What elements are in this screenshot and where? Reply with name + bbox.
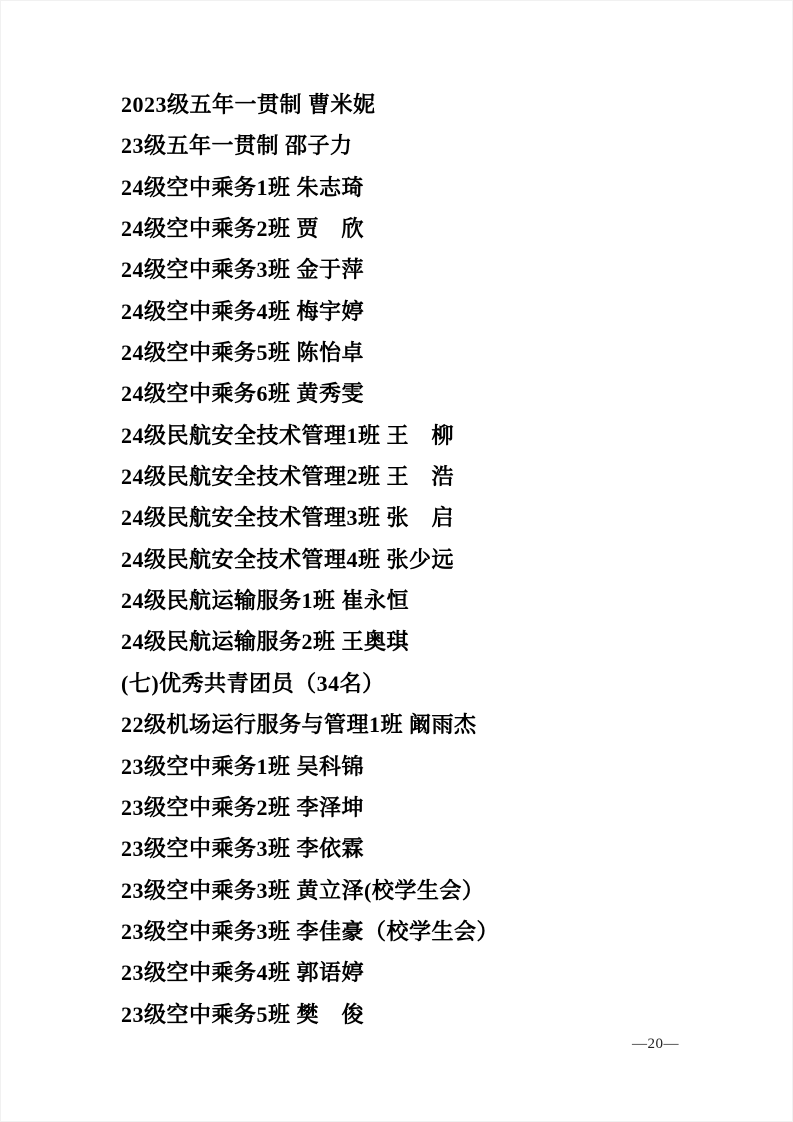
document-line: 24级民航运输服务1班 崔永恒 <box>121 580 753 621</box>
document-line: 24级民航运输服务2班 王奥琪 <box>121 621 753 662</box>
document-line: 23级空中乘务3班 李佳豪（校学生会） <box>121 911 753 952</box>
document-page: 2023级五年一贯制 曹米妮23级五年一贯制 邵子力24级空中乘务1班 朱志琦2… <box>0 0 793 1122</box>
document-line: 24级民航安全技术管理2班 王 浩 <box>121 456 753 497</box>
document-line: 22级机场运行服务与管理1班 阚雨杰 <box>121 704 753 745</box>
document-line: 23级空中乘务1班 吴科锦 <box>121 746 753 787</box>
document-line: 24级空中乘务3班 金于萍 <box>121 249 753 290</box>
document-line: 23级空中乘务3班 黄立泽(校学生会） <box>121 870 753 911</box>
document-line: 23级空中乘务3班 李依霖 <box>121 828 753 869</box>
document-line: 2023级五年一贯制 曹米妮 <box>121 84 753 125</box>
award-list: 2023级五年一贯制 曹米妮23级五年一贯制 邵子力24级空中乘务1班 朱志琦2… <box>121 84 753 1035</box>
document-line: 24级空中乘务4班 梅宇婷 <box>121 291 753 332</box>
document-line: 24级民航安全技术管理4班 张少远 <box>121 539 753 580</box>
section-heading: (七)优秀共青团员（34名） <box>121 663 753 704</box>
document-line: 24级民航安全技术管理1班 王 柳 <box>121 415 753 456</box>
document-line: 23级空中乘务5班 樊 俊 <box>121 994 753 1035</box>
document-line: 23级五年一贯制 邵子力 <box>121 125 753 166</box>
document-line: 24级空中乘务2班 贾 欣 <box>121 208 753 249</box>
document-line: 24级民航安全技术管理3班 张 启 <box>121 497 753 538</box>
page-number: —20— <box>632 1036 679 1053</box>
document-line: 24级空中乘务5班 陈怡卓 <box>121 332 753 373</box>
document-line: 24级空中乘务6班 黄秀雯 <box>121 373 753 414</box>
document-line: 23级空中乘务2班 李泽坤 <box>121 787 753 828</box>
document-line: 24级空中乘务1班 朱志琦 <box>121 167 753 208</box>
document-line: 23级空中乘务4班 郭语婷 <box>121 952 753 993</box>
